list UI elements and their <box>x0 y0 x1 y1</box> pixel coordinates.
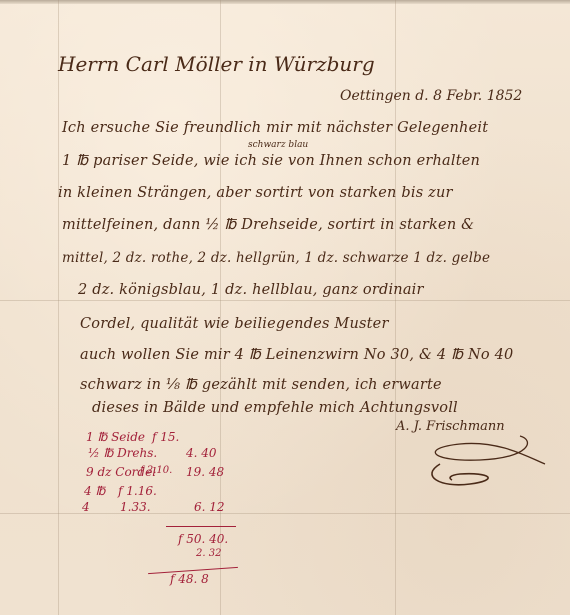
page-top-edge <box>0 0 570 4</box>
letter-line: Cordel, qualität wie beiliegendes Muster <box>80 316 389 332</box>
signature-flourish <box>420 430 550 490</box>
acc-rate: f 15. <box>152 430 179 444</box>
acc-amount: 4. 40 <box>186 446 217 460</box>
sum-rule <box>166 526 236 527</box>
acc-total: f 48. 8 <box>170 572 209 586</box>
letter-line: dieses in Bälde und empfehle mich Achtun… <box>92 400 458 416</box>
letter-line: schwarz in ⅛ ℔ gezählt mit senden, ich e… <box>80 377 442 393</box>
letter-line: in kleinen Strängen, aber sortirt von st… <box>58 185 453 201</box>
recipient-address: Herrn Carl Möller in Würzburg <box>58 52 375 76</box>
acc-qty: ½ ℔ Drehs. <box>88 446 157 460</box>
acc-rate: f 2.10. <box>140 465 172 476</box>
fold-line <box>0 300 570 301</box>
letter-line: mittelfeinen, dann ½ ℔ Drehseide, sortir… <box>62 217 474 233</box>
letter-line: 1 ℔ pariser Seide, wie ich sie von Ihnen… <box>62 153 480 169</box>
fold-line <box>58 0 59 615</box>
letter-line: Ich ersuche Sie freundlich mir mit nächs… <box>62 120 488 136</box>
letter-line: auch wollen Sie mir 4 ℔ Leinenzwirn No 3… <box>80 347 513 363</box>
letter-page: Herrn Carl Möller in Würzburg Oettingen … <box>0 0 570 615</box>
acc-qty: 4 <box>82 500 90 514</box>
acc-subtotal: f 50. 40. <box>178 532 228 546</box>
letter-line: mittel, 2 dz. rothe, 2 dz. hellgrün, 1 d… <box>62 250 490 266</box>
letter-line: 2 dz. königsblau, 1 dz. hellblau, ganz o… <box>78 282 424 298</box>
place-date: Oettingen d. 8 Febr. 1852 <box>340 88 522 104</box>
acc-rate: 1.33. <box>120 500 151 514</box>
interlinear-note: schwarz blau <box>248 140 308 150</box>
acc-rate: f 1.16. <box>118 484 157 498</box>
acc-amount: 19. 48 <box>186 465 224 479</box>
acc-amount: 6. 12 <box>194 500 225 514</box>
acc-qty: 1 ℔ Seide <box>86 430 145 444</box>
acc-deduction: 2. 32 <box>196 548 221 559</box>
fold-line <box>220 0 221 615</box>
acc-qty: 4 ℔ <box>84 484 105 498</box>
